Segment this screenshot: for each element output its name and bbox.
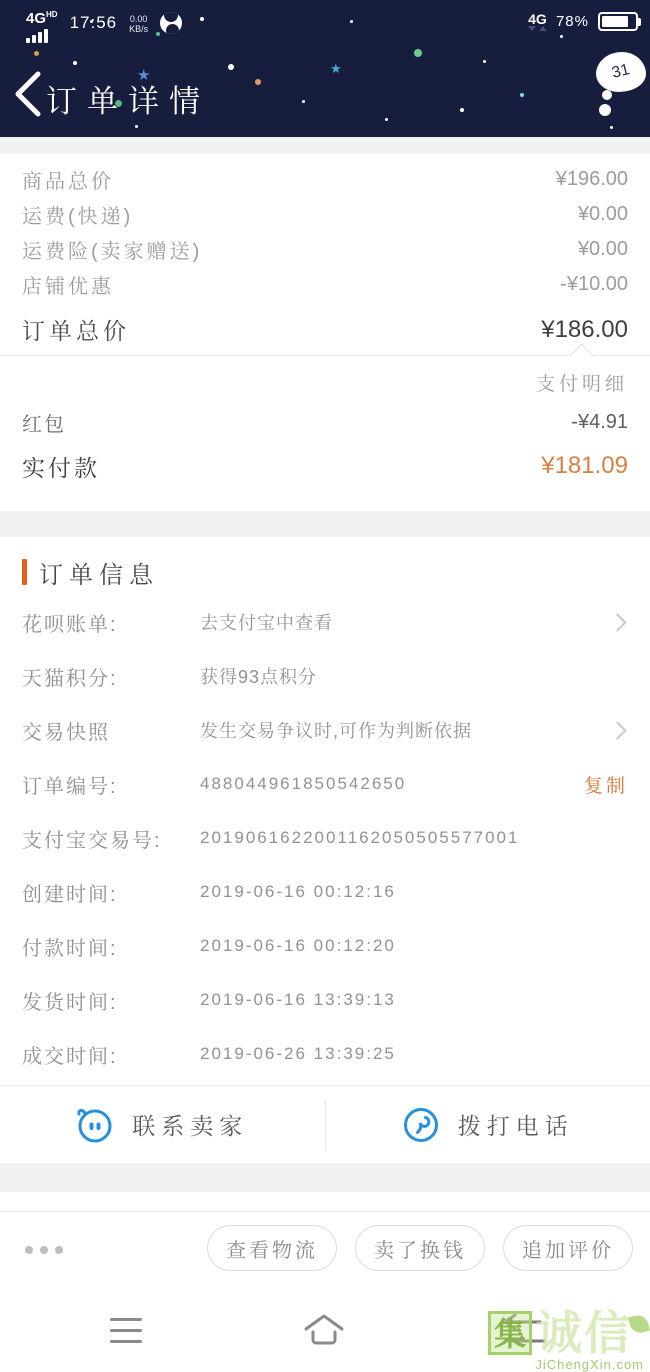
accent-bar [22,559,27,585]
price-row: 运费(快递) ¥0.00 [22,197,628,232]
nav-menu-button[interactable] [110,1318,142,1351]
order-action-buttons: 查看物流 卖了换钱 追加评价 [207,1225,633,1271]
order-number-value: 488044961850542650 [200,774,584,794]
watermark-brand-box: 集 [488,1311,532,1355]
hd-badge: HD [46,10,58,19]
signal-bars-icon [26,29,58,43]
star-decoration [228,64,234,70]
red-packet-value: -¥4.91 [571,411,628,434]
row-value: 去支付宝中查看 [200,609,611,635]
copy-button[interactable]: 复制 [584,771,628,798]
price-row-label: 运费(快递) [22,200,133,229]
red-packet-label: 红包 [22,408,66,437]
row-value: 2019-06-26 13:39:25 [200,1044,628,1064]
mobile-data-indicator: 4G [528,13,547,31]
price-summary-card: 商品总价 ¥196.00 运费(快递) ¥0.00 运费险(卖家赠送) ¥0.0… [0,154,650,355]
actual-paid-value: ¥181.09 [541,452,628,480]
call-phone-label: 拨打电话 [458,1108,574,1141]
shipped-time-row: 发货时间: 2019-06-16 13:39:13 [22,973,628,1027]
watermark: 集 诚信 JiChengXin.com [488,1310,648,1372]
chevron-right-icon [608,721,626,739]
home-icon [300,1312,348,1348]
price-row: 店铺优惠 -¥10.00 [22,267,628,302]
star-decoration [255,79,261,85]
star-decoration [350,20,353,23]
row-value: 2019-06-16 00:12:16 [200,882,628,902]
more-actions-button[interactable] [25,1246,63,1254]
bubble-tail-dot [602,90,612,100]
order-info-card: 订单信息 花呗账单: 去支付宝中查看 天猫积分: 获得93点积分 交易快照 发生… [0,537,650,1163]
view-logistics-button[interactable]: 查看物流 [207,1225,337,1271]
order-total-row: 订单总价 ¥186.00 [22,307,628,352]
price-row-value: ¥0.00 [578,203,628,226]
message-bubble-badge[interactable]: 31 [596,52,646,92]
row-value: 2019-06-16 00:12:20 [200,936,628,956]
order-info-section-title: 订单信息 [0,537,650,593]
phone-icon [402,1106,440,1144]
contact-seller-button[interactable]: 联系卖家 [0,1086,325,1163]
price-row: 运费险(卖家赠送) ¥0.00 [22,232,628,267]
alipay-number-value: 2019061622001162050505577001 [200,828,628,848]
order-total-label: 订单总价 [22,313,130,346]
payment-detail-heading: 支付明细 [22,368,628,402]
message-count: 31 [610,61,632,83]
back-button[interactable] [8,68,50,120]
red-packet-row: 红包 -¥4.91 [22,402,628,442]
star-decoration [460,108,464,112]
price-row-value: ¥0.00 [578,238,628,261]
row-label: 创建时间: [22,878,200,907]
price-row: 商品总价 ¥196.00 [22,162,628,197]
section-title-text: 订单信息 [39,555,159,590]
star-decoration [610,126,613,129]
star-decoration [34,51,39,56]
row-label: 成交时间: [22,1040,200,1069]
back-chevron-icon [18,74,38,114]
chat-bubble-icon [76,1106,114,1144]
completed-time-row: 成交时间: 2019-06-26 13:39:25 [22,1027,628,1081]
star-decoration [385,118,388,121]
price-row-value: ¥196.00 [556,168,628,191]
divider [0,1211,650,1212]
star-decoration [302,100,305,103]
watermark-domain: JiChengXin.com [488,1357,648,1372]
battery-icon [598,12,638,31]
row-value: 发生交易争议时,可作为判断依据 [200,717,611,743]
alipay-trade-number-row: 支付宝交易号: 2019061622001162050505577001 [22,811,628,865]
contact-bar: 联系卖家 拨打电话 [0,1085,650,1163]
signal-indicator: 4GHD [26,8,58,43]
order-total-value: ¥186.00 [541,316,628,344]
row-label: 花呗账单: [22,608,200,637]
actual-paid-row: 实付款 ¥181.09 [22,442,628,490]
tmall-points-row: 天猫积分: 获得93点积分 [22,649,628,703]
payment-detail-card: 支付明细 红包 -¥4.91 实付款 ¥181.09 [0,355,650,511]
row-label: 订单编号: [22,770,200,799]
star-decoration: ★ [330,62,342,75]
price-row-label: 店铺优惠 [22,270,114,299]
page-title: 订单详情 [46,76,210,121]
price-row-label: 商品总价 [22,165,114,194]
star-decoration [200,17,204,21]
header: ★ ★ 4GHD 17:56 0.00 KB/s 4G 78% [0,0,650,137]
row-value: 2019-06-16 13:39:13 [200,990,628,1010]
paid-time-row: 付款时间: 2019-06-16 00:12:20 [22,919,628,973]
battery-percent-label: 78% [556,13,589,30]
order-info-rows: 花呗账单: 去支付宝中查看 天猫积分: 获得93点积分 交易快照 发生交易争议时… [0,593,650,1081]
contact-seller-label: 联系卖家 [132,1108,248,1141]
sell-for-cash-button[interactable]: 卖了换钱 [355,1225,485,1271]
order-detail-screen: ★ ★ 4GHD 17:56 0.00 KB/s 4G 78% [0,0,650,1372]
star-decoration [560,35,563,38]
watermark-brand-text: 诚信 [536,1310,632,1356]
row-label: 交易快照 [22,716,200,745]
huabei-bill-row[interactable]: 花呗账单: 去支付宝中查看 [22,595,628,649]
price-row-label: 运费险(卖家赠送) [22,235,202,264]
actual-paid-label: 实付款 [22,450,100,483]
network-speed-label: 0.00 KB/s [129,14,148,34]
star-decoration [414,49,422,57]
created-time-row: 创建时间: 2019-06-16 00:12:16 [22,865,628,919]
trade-snapshot-row[interactable]: 交易快照 发生交易争议时,可作为判断依据 [22,703,628,757]
row-label: 支付宝交易号: [22,824,200,853]
nav-home-button[interactable] [300,1312,348,1353]
chevron-right-icon [608,613,626,631]
network-type-right-label: 4G [528,13,547,25]
status-bar-right: 4G 78% [528,12,638,31]
price-row-value: -¥10.00 [560,273,628,296]
row-label: 付款时间: [22,932,200,961]
status-app-icon [160,12,182,34]
speed-value: 0.00 [129,14,148,24]
star-decoration [135,125,138,128]
star-decoration [483,60,486,63]
clock-label: 17:56 [70,13,118,33]
row-value: 获得93点积分 [200,663,628,689]
star-decoration [73,61,77,65]
call-phone-button[interactable]: 拨打电话 [326,1086,650,1163]
row-label: 发货时间: [22,986,200,1015]
speed-unit: KB/s [129,24,148,34]
bubble-tail-dot [599,104,611,116]
network-type-label: 4G [26,10,46,27]
star-decoration [520,93,524,97]
append-review-button[interactable]: 追加评价 [503,1225,633,1271]
row-label: 天猫积分: [22,662,200,691]
watermark-brand: 集 诚信 [488,1310,648,1356]
order-number-row: 订单编号: 488044961850542650 复制 [22,757,628,811]
status-bar-left: 4GHD 17:56 0.00 KB/s [26,8,182,43]
